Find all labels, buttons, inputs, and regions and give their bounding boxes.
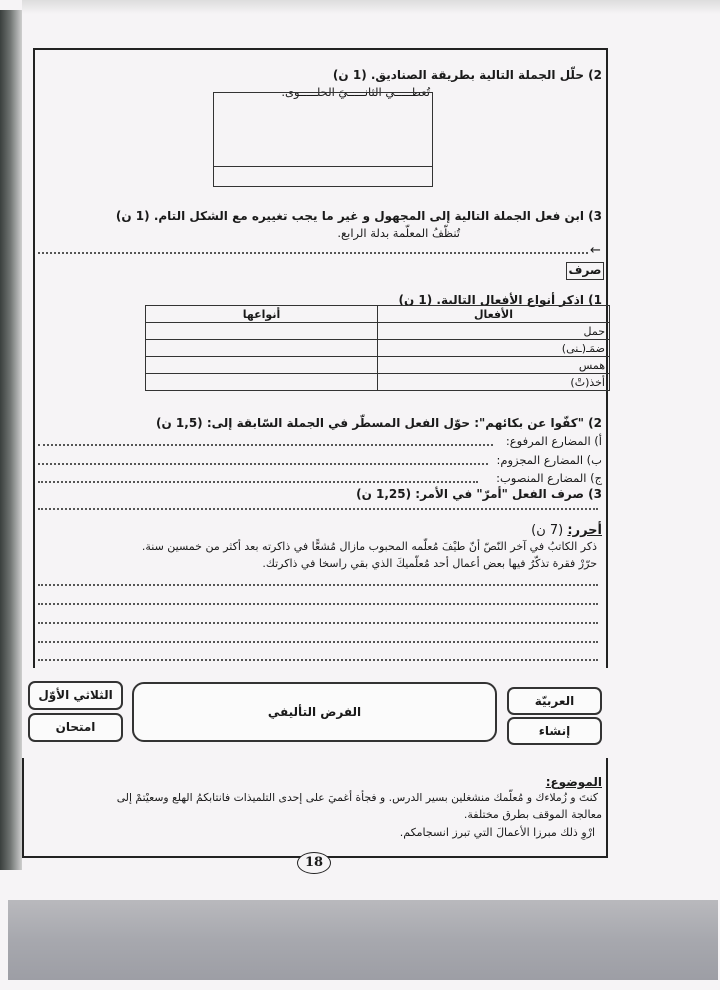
box-divider [214,166,432,167]
topic-line-1: كنتَ و زُملاءك و مُعلّمك منشغلين بسير ال… [117,791,598,804]
verb-cell: حمل [378,323,610,340]
question-box-analysis-title: 2) حلّل الجملة التالية بطريقة الصناديق. … [333,68,602,82]
table-row: حمل [146,323,610,340]
arrow-icon: ← [590,243,601,258]
page-top-shadow [22,0,720,14]
writing-line-1: ذكر الكاتبُ في آخر النّصّ أنّ طيْفَ مُعل… [142,540,597,553]
type-cell[interactable] [146,340,378,357]
type-cell[interactable] [146,323,378,340]
item-present-jussive: ب) المضارع المجزوم: [496,453,602,467]
writing-heading: أحرر: (7 ن) [531,523,602,538]
question-imperative-title: 3) صرف الفعل "أمرّ" في الأمر: (1,25 ن) [356,487,602,501]
question-convert-title: 2) "كفّوا عن بكائهم": حوّل الفعل المسطّر… [156,416,602,430]
page-binding-shadow [0,10,22,870]
answer-line[interactable] [38,508,598,510]
table-row: ضمَـ(ـنى) [146,340,610,357]
writing-points: (7 ن) [531,523,563,538]
question-passive-sentence: تُنظّفُ المعلّمة بدلة الرابع. [337,226,460,240]
section-label-conjugation: صرف [566,262,604,280]
verb-types-table: الأفعال أنواعها حمل ضمَـ(ـنى) همس أخذ(تْ… [145,305,610,391]
verb-cell: أخذ(تْ) [378,374,610,391]
exam-title-box: الفرض التأليفي [132,682,497,742]
writing-line-2: حرّرْ فقرة تذكّرُ فيها بعض أعمال أحد مُع… [262,557,597,570]
topic-label: الموضوع: [546,775,602,789]
background-surface [8,900,718,980]
table-header-types: أنواعها [146,306,378,323]
page-number: 18 [297,852,331,874]
verb-cell: همس [378,357,610,374]
subject-box: العربيّة [507,687,602,715]
topic-line-3: ارْوِ ذلك مبرزا الأعمالَ التي تبرز انسجا… [400,826,595,839]
topic-line-2: معالجة الموقف بطرق مختلفة. [464,808,602,821]
answer-line[interactable] [38,252,588,254]
activity-box: إنشاء [507,717,602,745]
table-row: أخذ(تْ) [146,374,610,391]
box-analysis-diagram [213,92,433,187]
exam-box: امتحان [28,713,123,742]
answer-line[interactable] [38,622,598,624]
answer-line[interactable] [38,603,598,605]
verb-cell: ضمَـ(ـنى) [378,340,610,357]
term-box: الثلاثي الأوّل [28,681,123,710]
type-cell[interactable] [146,374,378,391]
answer-line[interactable] [38,659,598,661]
answer-line[interactable] [38,481,478,483]
item-present-subjunctive: ج) المضارع المنصوب: [496,471,602,485]
writing-label: أحرر: [567,523,602,538]
table-header-verbs: الأفعال [378,306,610,323]
answer-line[interactable] [38,463,488,465]
item-present-indicative: أ) المضارع المرفوع: [506,434,602,448]
question-passive-title: 3) ابن فعل الجملة التالية إلى المجهول و … [116,209,602,223]
answer-line[interactable] [38,641,598,643]
answer-line[interactable] [38,444,493,446]
answer-line[interactable] [38,584,598,586]
type-cell[interactable] [146,357,378,374]
table-row: همس [146,357,610,374]
